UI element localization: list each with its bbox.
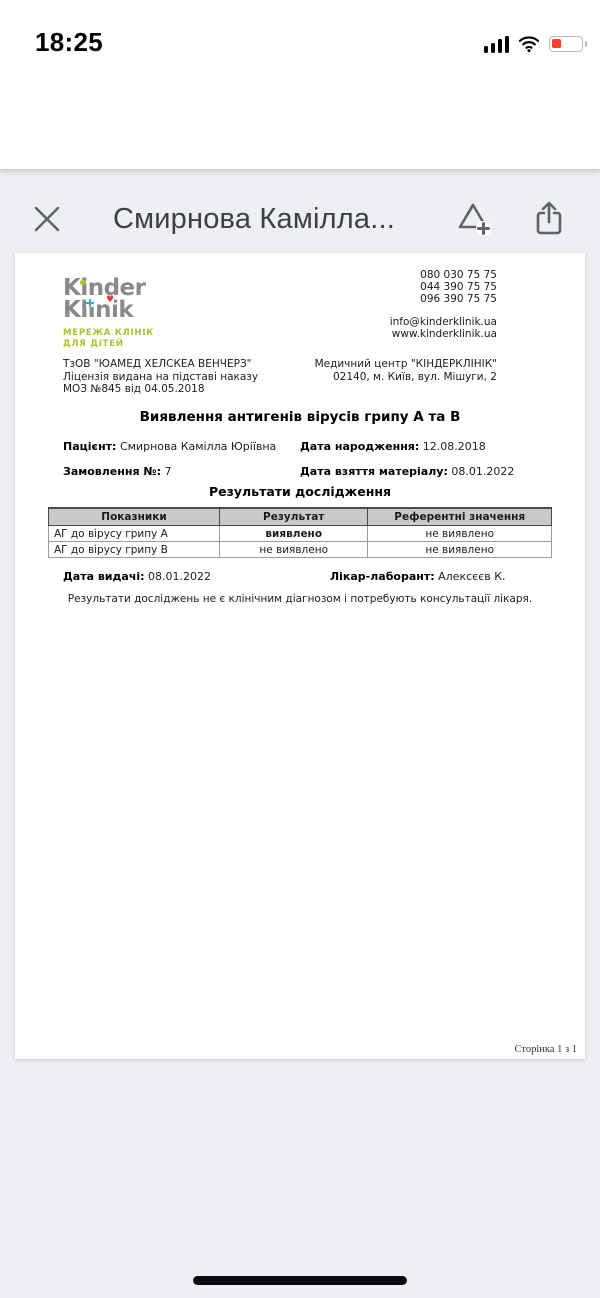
logo-green-dot-icon [80,280,86,286]
birthdate-field: Дата народження: 12.08.2018 [300,440,486,453]
home-indicator[interactable] [193,1276,407,1285]
table-row: АГ до вірусу грипу A виявлено не виявлен… [49,526,552,542]
results-table: Показники Результат Референтні значення … [48,507,552,558]
col-reference: Референтні значення [368,508,552,526]
logo-blue-cross-icon [86,299,94,307]
page-number: Сторінка 1 з 1 [515,1044,577,1055]
table-row: АГ до вірусу грипу B не виявлено не вияв… [49,542,552,558]
patient-field: Пацієнт: Смирнова Камілла Юріївна [63,440,276,453]
pdf-page: Kinder Klinik ♥ МЕРЕЖА КЛІНІК ДЛЯ ДІТЕЙ … [15,253,585,1059]
clinic-email: info@kinderklinik.ua [390,316,497,328]
close-icon[interactable] [30,202,64,236]
add-to-drive-icon[interactable] [452,198,494,240]
phone-number: 080 030 75 75 [420,269,497,281]
logo-red-heart-icon: ♥ [106,296,114,304]
clinic-address-block: Медичний центр "КІНДЕРКЛІНІК" 02140, м. … [315,358,497,383]
share-icon[interactable] [528,198,570,240]
viewer-toolbar: Смирнова Камілла... [0,95,600,155]
clinic-website: www.kinderklinik.ua [390,328,497,340]
table-header-row: Показники Результат Референтні значення [49,508,552,526]
document-title: Смирнова Камілла... [113,203,443,236]
col-result: Результат [220,508,368,526]
cellular-signal-icon [484,36,510,53]
disclaimer-text: Результати досліджень не є клінічним діа… [15,593,585,605]
kinderklinik-logo: Kinder Klinik ♥ МЕРЕЖА КЛІНІК ДЛЯ ДІТЕЙ [63,277,154,350]
battery-icon [549,36,583,52]
indicator-cell: АГ до вірусу грипу B [49,542,220,558]
order-number-field: Замовлення №: 7 [63,465,172,478]
pdf-viewer-area[interactable]: Kinder Klinik ♥ МЕРЕЖА КЛІНІК ДЛЯ ДІТЕЙ … [0,171,600,1298]
reference-cell: не виявлено [368,542,552,558]
issue-date-field: Дата видачі: 08.01.2022 [63,570,211,583]
logo-tagline: МЕРЕЖА КЛІНІК ДЛЯ ДІТЕЙ [63,328,154,350]
status-time: 18:25 [35,27,103,58]
status-icons [484,33,584,55]
indicator-cell: АГ до вірусу грипу A [49,526,220,542]
col-indicator: Показники [49,508,220,526]
clinic-phones: 080 030 75 75 044 390 75 75 096 390 75 7… [420,269,497,305]
wifi-icon [517,35,541,53]
doctor-field: Лікар-лаборант: Алексєєв К. [330,570,506,583]
app-header: 18:25 Смирнова Камілла... [0,0,600,170]
battery-level-low [552,39,561,48]
results-heading: Результати дослідження [15,484,585,499]
result-cell: не виявлено [220,542,368,558]
sample-date-field: Дата взяття матеріалу: 08.01.2022 [300,465,514,478]
reference-cell: не виявлено [368,526,552,542]
clinic-email-web: info@kinderklinik.ua www.kinderklinik.ua [390,316,497,340]
phone-number: 044 390 75 75 [420,281,497,293]
report-title: Виявлення антигенів вірусів грипу A та B [15,409,585,425]
company-license-block: ТзОВ "ЮАМЕД ХЕЛСКЕА ВЕНЧЕРЗ" Ліцензія ви… [63,358,258,396]
phone-number: 096 390 75 75 [420,293,497,305]
logo-word-klinik: Klinik ♥ [63,299,154,321]
result-cell: виявлено [220,526,368,542]
